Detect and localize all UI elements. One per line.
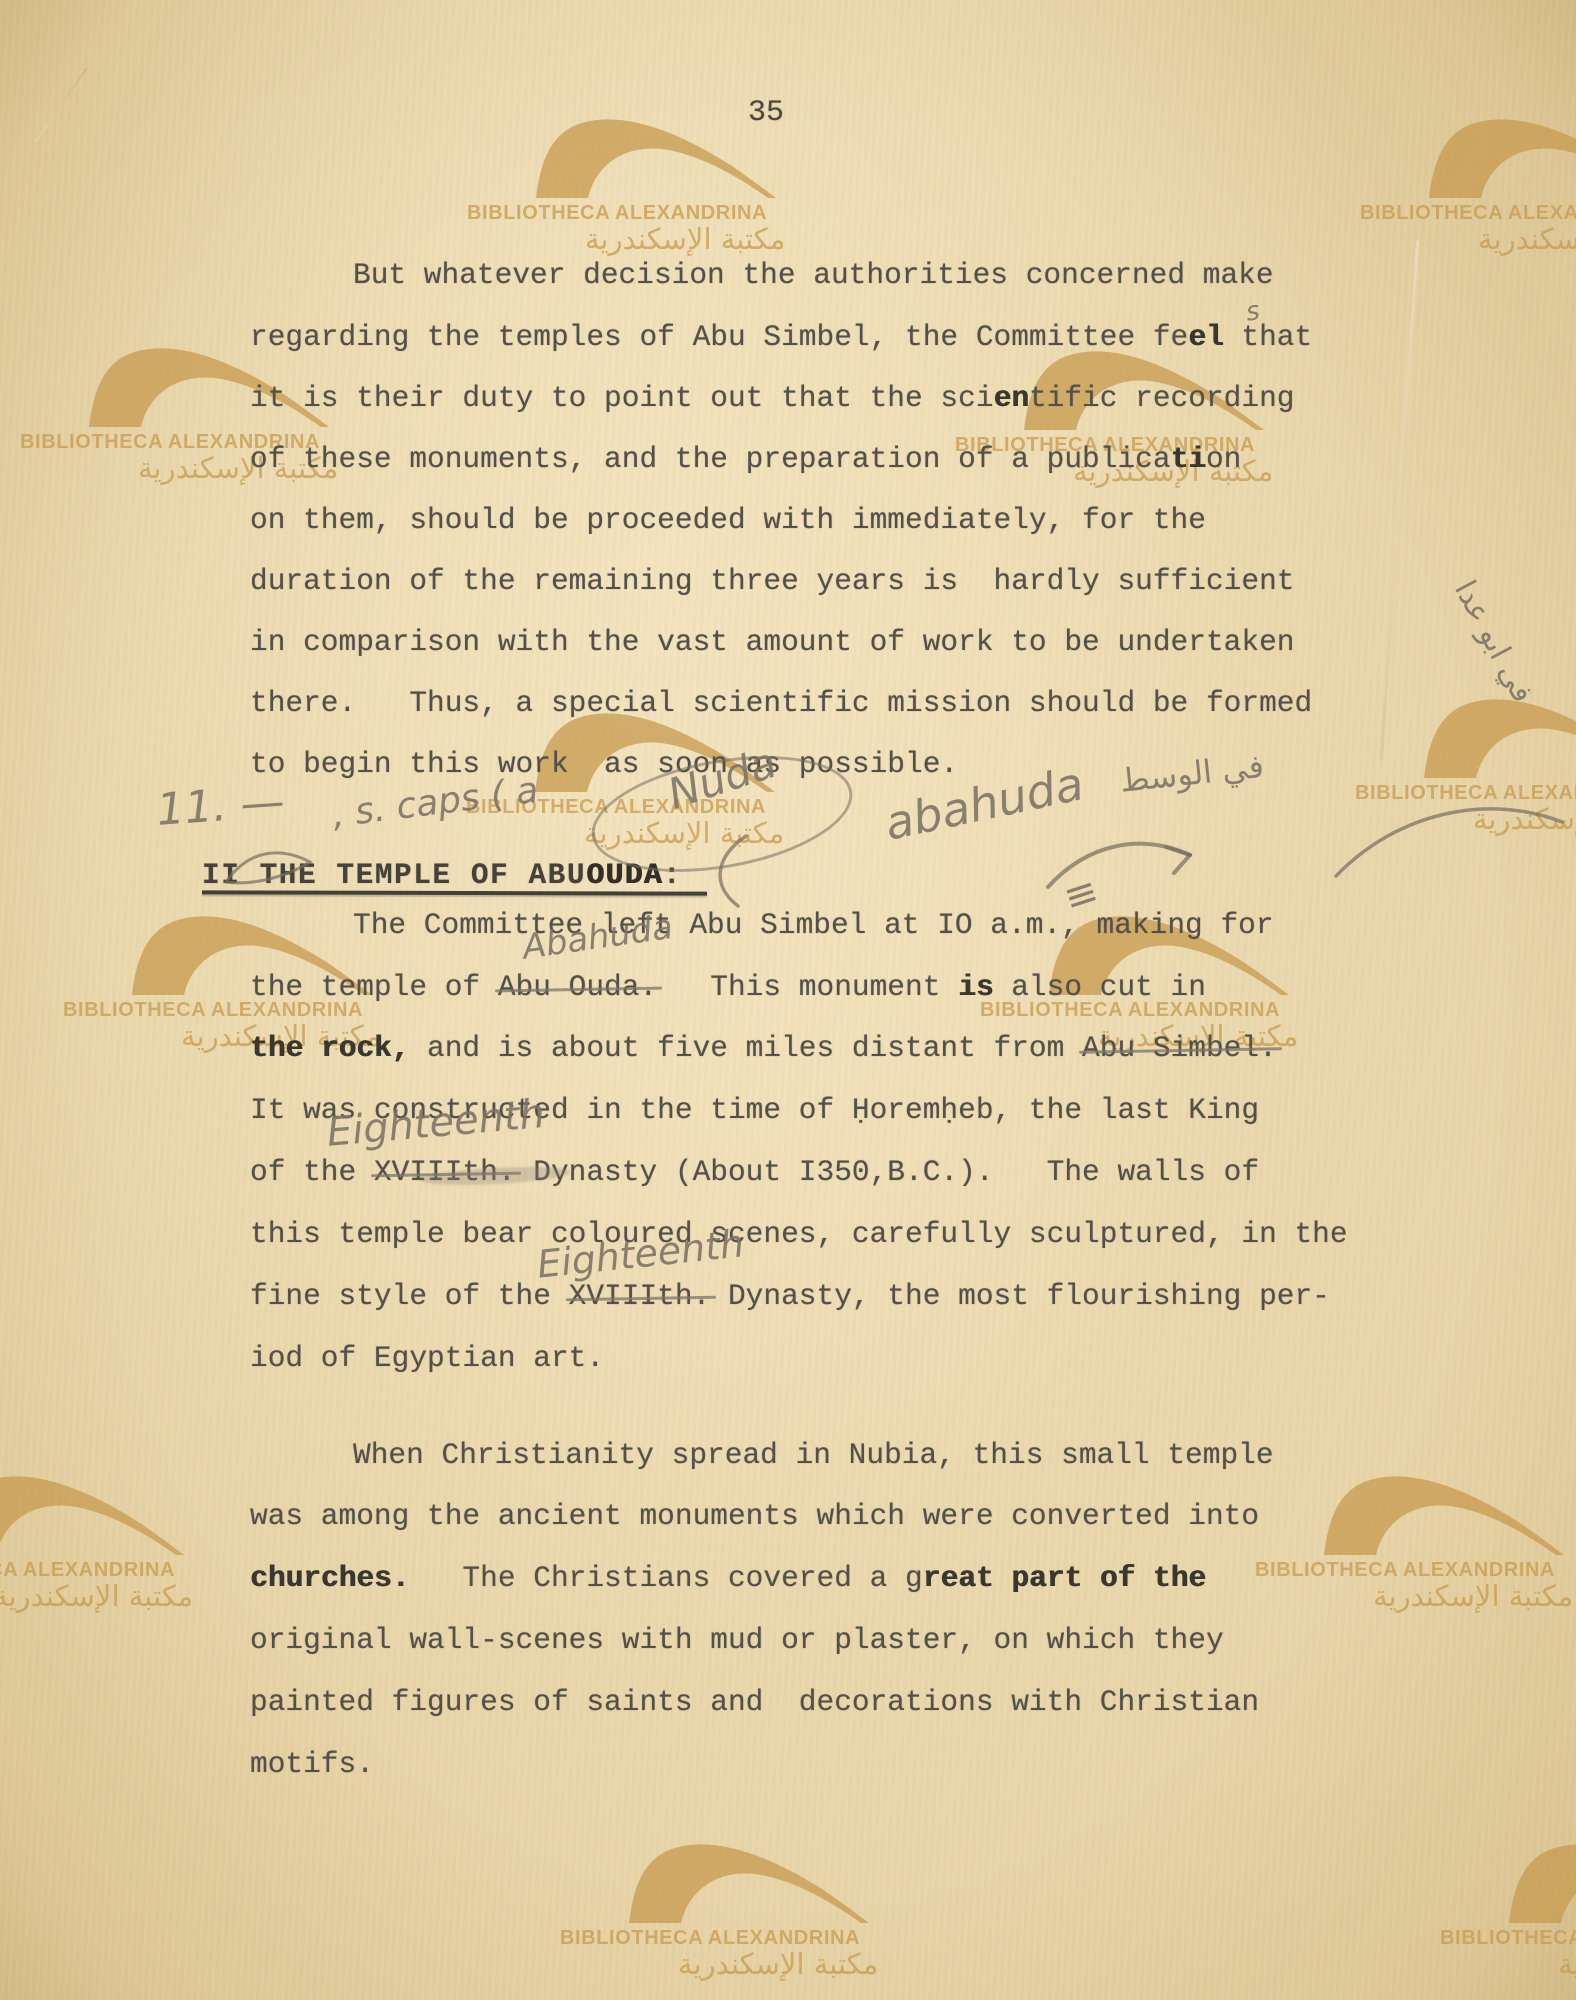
typed-line: fine style of the XVIIIth. Dynasty, the … bbox=[250, 1281, 1330, 1313]
bibliotheca-alexandrina-logo-icon bbox=[1503, 1843, 1576, 1923]
typed-text: also cut in bbox=[994, 970, 1206, 1004]
typed-text: to begin this work as soon as possible. bbox=[250, 747, 958, 781]
typed-line: there. Thus, a special scientific missio… bbox=[250, 688, 1312, 720]
typed-line: this temple bear coloured scenes, carefu… bbox=[250, 1219, 1348, 1251]
bibliotheca-alexandrina-logo-icon bbox=[1423, 118, 1576, 198]
pencil-paren-mark bbox=[700, 830, 760, 910]
bibliotheca-alexandrina-logo-icon bbox=[0, 1475, 190, 1555]
pencil-annotation: 11. — bbox=[155, 776, 286, 836]
typed-line: But whatever decision the authorities co… bbox=[353, 260, 1274, 292]
typed-text: original wall-scenes with mud or plaster… bbox=[250, 1623, 1224, 1657]
watermark-arabic-text: مكتبة الإسكندرية bbox=[585, 225, 785, 254]
typed-line: on them, should be proceeded with immedi… bbox=[250, 505, 1206, 537]
typed-text: the temple of bbox=[250, 970, 498, 1004]
typed-text: churches. bbox=[250, 1561, 409, 1595]
typed-line: churches. The Christians covered a great… bbox=[250, 1563, 1206, 1595]
typed-text: This monument bbox=[657, 970, 958, 1004]
watermark-latin-text: BIBLIOTHECA ALEXANDRINA bbox=[1440, 1928, 1576, 1948]
typed-text: that bbox=[1224, 320, 1313, 354]
typed-text: tific recording bbox=[1029, 381, 1295, 415]
typed-text: was among the ancient monuments which we… bbox=[250, 1499, 1259, 1533]
struck-text: Abu Simbel. bbox=[1082, 1031, 1277, 1065]
typed-text: duration of the remaining three years is… bbox=[250, 564, 1294, 598]
typed-text: on them, should be proceeded with immedi… bbox=[250, 503, 1206, 537]
bibliotheca-alexandrina-logo-icon bbox=[623, 1843, 875, 1923]
pencil-loop-mark bbox=[218, 842, 318, 897]
typed-line: When Christianity spread in Nubia, this … bbox=[353, 1440, 1274, 1472]
typed-text: When Christianity spread in Nubia, this … bbox=[353, 1438, 1274, 1472]
watermark-latin-text: BIBLIOTHECA ALEXANDRINA bbox=[1360, 203, 1576, 223]
typed-text: of these monuments, and the preparation … bbox=[250, 442, 1171, 476]
typed-line: painted figures of saints and decoration… bbox=[250, 1687, 1259, 1719]
typed-line: in comparison with the vast amount of wo… bbox=[250, 627, 1294, 659]
typed-text: reat part of the bbox=[923, 1561, 1206, 1595]
typed-line: motifs. bbox=[250, 1749, 374, 1781]
typed-text: it is their duty to point out that the s… bbox=[250, 381, 994, 415]
watermark-latin-text: BIBLIOTHECA ALEXANDRINA bbox=[1255, 1560, 1555, 1580]
typed-text: ti bbox=[1171, 442, 1206, 476]
document-page: { "page": {"number": "35"}, "colors": {"… bbox=[0, 0, 1576, 2000]
typed-text: on bbox=[1206, 442, 1241, 476]
typed-text: this temple bear coloured scenes, carefu… bbox=[250, 1217, 1348, 1251]
watermark-arabic-text: مكتبة الإسكندرية bbox=[0, 1582, 193, 1611]
page-number: 35 bbox=[748, 98, 784, 128]
typed-text: But whatever decision the authorities co… bbox=[353, 258, 1274, 292]
typed-text: Dynasty (About I350,B.C.). The walls of bbox=[516, 1155, 1260, 1189]
bibliotheca-alexandrina-logo-icon bbox=[1318, 1475, 1570, 1555]
typed-line: regarding the temples of Abu Simbel, the… bbox=[250, 322, 1312, 354]
typed-line: it is their duty to point out that the s… bbox=[250, 383, 1294, 415]
typed-text: in comparison with the vast amount of wo… bbox=[250, 625, 1294, 659]
typed-text: of the bbox=[250, 1155, 374, 1189]
watermark-arabic-text: مكتبة الإسكندرية bbox=[1558, 1950, 1576, 1979]
typed-line: iod of Egyptian art. bbox=[250, 1343, 604, 1375]
typed-line: duration of the remaining three years is… bbox=[250, 566, 1294, 598]
watermark-arabic-text: مكتبة الإسكندرية bbox=[1373, 1582, 1573, 1611]
typed-text: painted figures of saints and decoration… bbox=[250, 1685, 1259, 1719]
watermark-latin-text: BIBLIOTHECA ALEXANDRINA bbox=[467, 203, 767, 223]
typed-line: was among the ancient monuments which we… bbox=[250, 1501, 1259, 1533]
typed-line: of the XVIIIth. Dynasty (About I350,B.C.… bbox=[250, 1157, 1259, 1189]
typed-line: original wall-scenes with mud or plaster… bbox=[250, 1625, 1224, 1657]
bibliotheca-alexandrina-logo-icon bbox=[530, 118, 782, 198]
typed-line: to begin this work as soon as possible. bbox=[250, 749, 958, 781]
typed-line: of these monuments, and the preparation … bbox=[250, 444, 1241, 476]
typed-text: regarding the temples of Abu Simbel, the… bbox=[250, 320, 1188, 354]
typed-text: Dynasty, the most flourishing per- bbox=[710, 1279, 1330, 1313]
typed-text: the rock, bbox=[250, 1031, 409, 1065]
typed-text: motifs. bbox=[250, 1747, 374, 1781]
typed-text: and is about five miles distant from bbox=[409, 1031, 1082, 1065]
typed-line: the rock, and is about five miles distan… bbox=[250, 1033, 1277, 1065]
typed-text: is bbox=[958, 970, 993, 1004]
bibliotheca-alexandrina-logo-icon bbox=[1418, 698, 1576, 778]
watermark-arabic-text: مكتبة الإسكندرية bbox=[1478, 225, 1576, 254]
typed-text: en bbox=[994, 381, 1029, 415]
watermark-latin-text: BIBLIOTHECA ALEXANDRINA bbox=[560, 1928, 860, 1948]
struck-text: Abu Ouda. bbox=[498, 970, 657, 1004]
typed-line: the temple of Abu Ouda. This monument is… bbox=[250, 972, 1206, 1004]
typed-text: The Christians covered a g bbox=[409, 1561, 922, 1595]
typed-text: el bbox=[1188, 320, 1223, 354]
watermark-arabic-text: مكتبة الإسكندرية bbox=[678, 1950, 878, 1979]
pencil-curve-mark bbox=[1330, 780, 1570, 890]
watermark-latin-text: BIBLIOTHECA ALEXANDRINA bbox=[0, 1560, 175, 1580]
typed-text: iod of Egyptian art. bbox=[250, 1341, 604, 1375]
struck-text: XVIIIth. bbox=[569, 1279, 711, 1313]
typed-text: fine style of the bbox=[250, 1279, 569, 1313]
typed-text: there. Thus, a special scientific missio… bbox=[250, 686, 1312, 720]
